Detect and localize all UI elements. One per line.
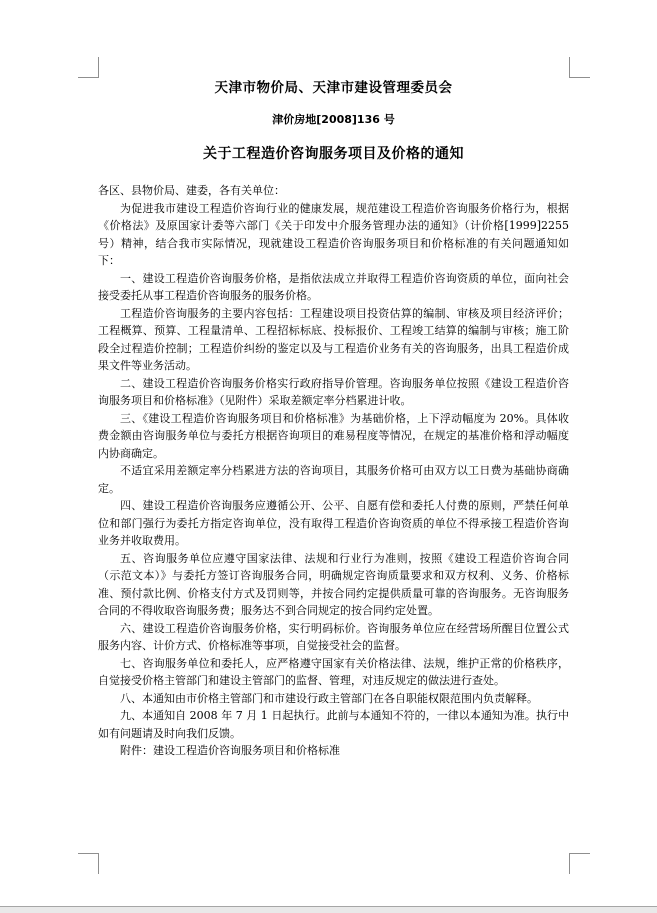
paragraph: 二、建设工程造价咨询服务价格实行政府指导价管理。咨询服务单位按照《建设工程造价咨… [98,375,569,410]
paragraph: 八、本通知由市价格主管部门和市建设行政主管部门在各自职能权限范围内负责解释。 [98,690,569,708]
org-title: 天津市物价局、天津市建设管理委员会 [98,80,569,96]
paragraph: 七、咨询服务单位和委托人，应严格遵守国家有关价格法律、法规，维护正常的价格秩序，… [98,655,569,690]
document-content: 天津市物价局、天津市建设管理委员会 津价房地[2008]136 号 关于工程造价… [98,77,569,760]
paragraph: 六、建设工程造价咨询服务价格，实行明码标价。咨询服务单位应在经营场所醒目位置公式… [98,620,569,655]
page-bottom-edge [0,906,657,913]
paragraph: 不适宜采用差额定率分档累进方法的咨询项目，其服务价格可由双方以工日费为基础协商确… [98,462,569,497]
margin-crop-mark-top-left [78,57,99,78]
paragraph: 一、建设工程造价咨询服务价格，是指依法成立并取得工程造价咨询资质的单位，面向社会… [98,270,569,305]
paragraph: 三、《建设工程造价咨询服务项目和价格标准》为基础价格，上下浮动幅度为 20%。具… [98,410,569,463]
paragraph: 五、咨询服务单位应遵守国家法律、法规和行业行为准则，按照《建设工程造价咨询合同（… [98,550,569,620]
paragraph: 各区、县物价局、建委，各有关单位： [98,182,569,200]
paragraph: 为促进我市建设工程造价咨询行业的健康发展，规范建设工程造价咨询服务价格行为，根据… [98,200,569,270]
doc-number: 津价房地[2008]136 号 [98,113,569,127]
paragraph: 工程造价咨询服务的主要内容包括：工程建设项目投资估算的编制、审核及项目经济评价；… [98,305,569,375]
paragraph: 附件：建设工程造价咨询服务项目和价格标准 [98,742,569,760]
paragraph: 四、建设工程造价咨询服务应遵循公开、公平、自愿有偿和委托人付费的原则，严禁任何单… [98,497,569,550]
document-body: 各区、县物价局、建委，各有关单位：为促进我市建设工程造价咨询行业的健康发展，规范… [98,182,569,760]
paragraph: 九、本通知自 2008 年 7 月 1 日起执行。此前与本通知不符的，一律以本通… [98,707,569,742]
margin-crop-mark-bottom-right [569,853,590,874]
margin-crop-mark-bottom-left [78,853,99,874]
doc-title: 关于工程造价咨询服务项目及价格的通知 [98,145,569,163]
margin-crop-mark-top-right [569,57,590,78]
document-page: 天津市物价局、天津市建设管理委员会 津价房地[2008]136 号 关于工程造价… [0,0,657,913]
